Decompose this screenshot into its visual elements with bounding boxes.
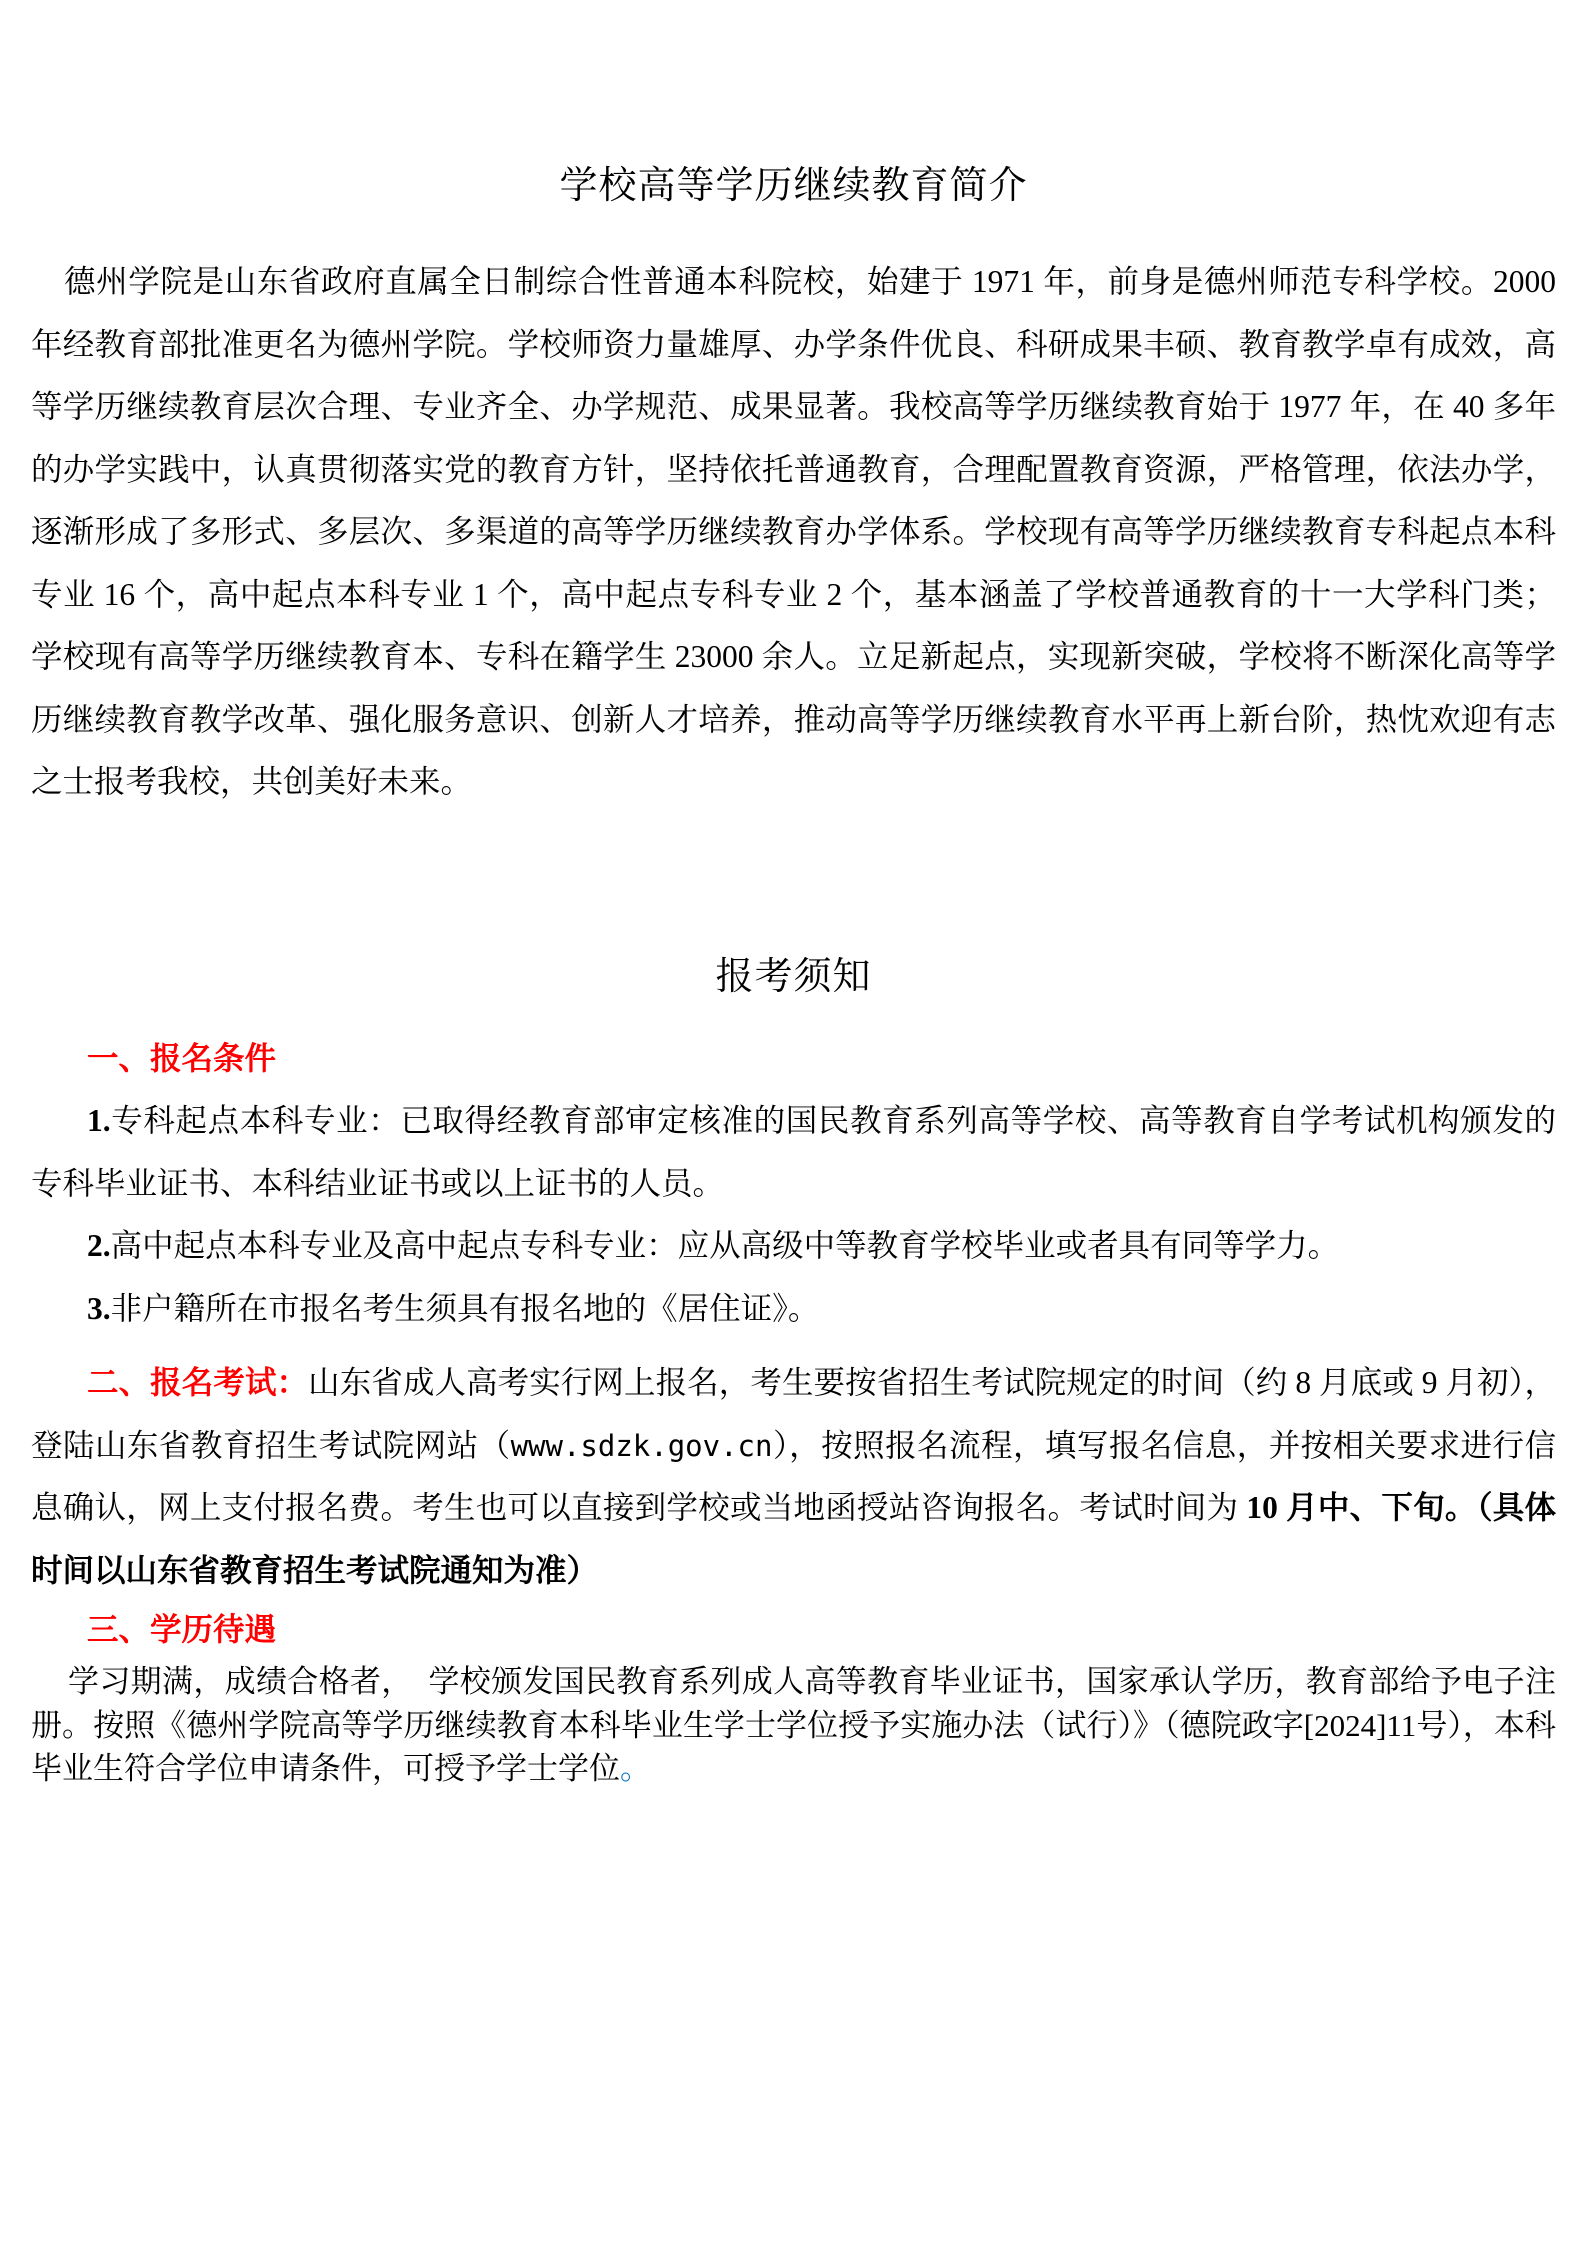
section3-paragraph: 学习期满，成绩合格者， 学校颁发国民教育系列成人高等教育毕业证书，国家承认学历，… [31,1660,1556,1791]
item-number: 3. [87,1291,111,1326]
exam-website-url: www.sdzk.gov.cn [511,1429,773,1463]
document-title: 学校高等学历继续教育简介 [31,163,1556,209]
requirement-item-3: 3.非户籍所在市报名考生须具有报名地的《居住证》。 [31,1278,1556,1341]
document-page: 学校高等学历继续教育简介 德州学院是山东省政府直属全日制综合性普通本科院校，始建… [0,0,1587,2245]
section1-heading: 一、报名条件 [31,1028,1556,1091]
item-number: 2. [87,1228,111,1263]
item-text: 非户籍所在市报名考生须具有报名地的《居住证》。 [111,1291,820,1326]
item-text: 高中起点本科专业及高中起点专科专业：应从高级中等教育学校毕业或者具有同等学力。 [111,1228,1340,1263]
document-content: 学校高等学历继续教育简介 德州学院是山东省政府直属全日制综合性普通本科院校，始建… [0,163,1587,1791]
notice-title: 报考须知 [31,954,1556,1000]
requirement-item-2: 2.高中起点本科专业及高中起点专科专业：应从高级中等教育学校毕业或者具有同等学力… [31,1215,1556,1278]
section2-paragraph: 二、报名考试：山东省成人高考实行网上报名，考生要按省招生考试院规定的时间（约 8… [31,1352,1556,1602]
section3-text: 学习期满，成绩合格者， 学校颁发国民教育系列成人高等教育毕业证书，国家承认学历，… [31,1664,1556,1786]
section2-heading: 二、报名考试： [87,1365,308,1400]
intro-paragraph: 德州学院是山东省政府直属全日制综合性普通本科院校，始建于 1971 年，前身是德… [31,251,1556,814]
section3-blue-period: 。 [620,1751,651,1786]
requirement-item-1: 1.专科起点本科专业：已取得经教育部审定核准的国民教育系列高等学校、高等教育自学… [31,1090,1556,1215]
item-text: 专科起点本科专业：已取得经教育部审定核准的国民教育系列高等学校、高等教育自学考试… [31,1103,1556,1201]
section3-heading: 三、学历待遇 [31,1602,1556,1658]
item-number: 1. [87,1103,111,1138]
